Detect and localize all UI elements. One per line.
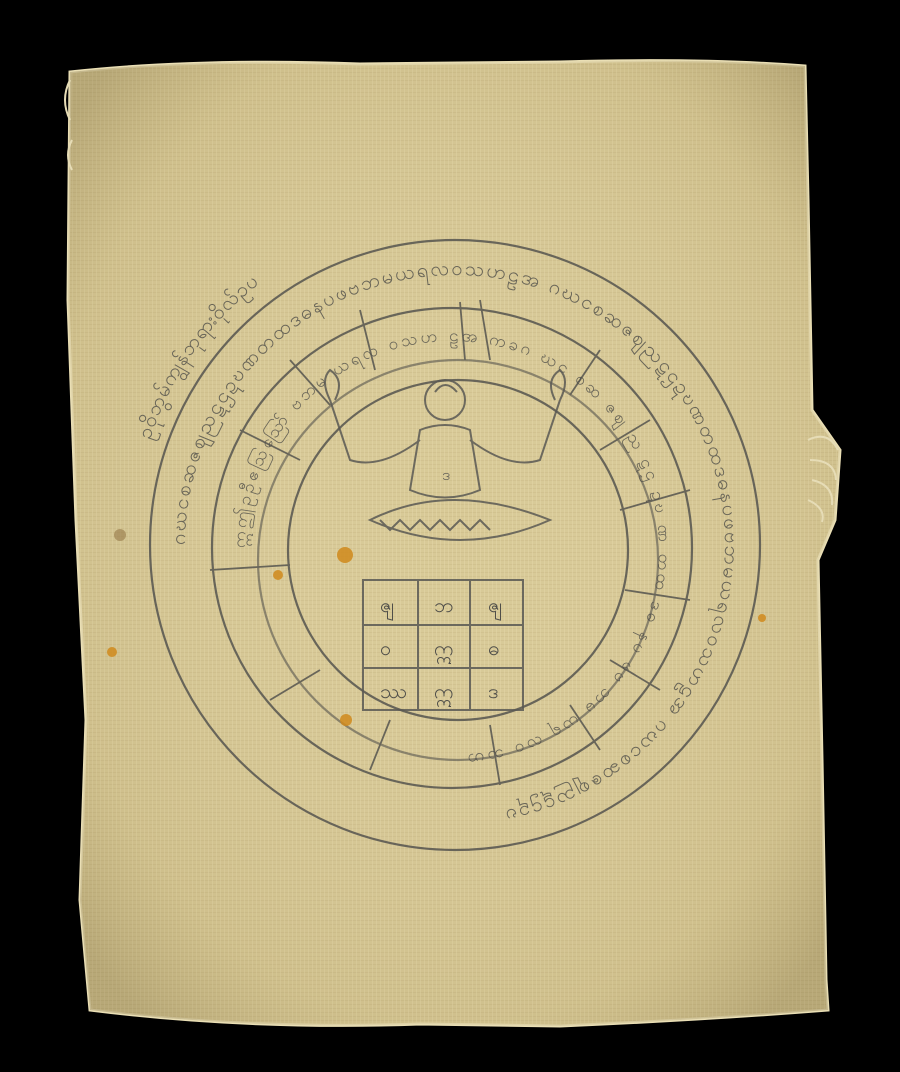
- svg-text:ဘ: ဘ: [434, 593, 453, 617]
- svg-text:ဒ: ဒ: [442, 465, 450, 484]
- photo-stage: Cloth yantra talisman with concentric sc…: [0, 0, 900, 1072]
- svg-text:ဓ: ဓ: [488, 636, 499, 660]
- svg-text:ဒ: ဒ: [488, 679, 498, 703]
- svg-text:ဿ: ဿ: [380, 679, 408, 703]
- svg-text:ၛ: ၛ: [488, 593, 502, 621]
- svg-text:ၛ: ၛ: [380, 593, 394, 621]
- svg-text:ဣ: ဣ: [434, 636, 454, 664]
- talisman-photo: ဂဃငစဆဇဈညဋဌဍဎဏတထဒဓနပဖဗဘမယရလဝသဟဠအ ဂဃငစဆဇဈည…: [0, 0, 900, 1072]
- svg-text:ဣ: ဣ: [434, 679, 454, 707]
- svg-text:ဝ: ဝ: [380, 636, 391, 660]
